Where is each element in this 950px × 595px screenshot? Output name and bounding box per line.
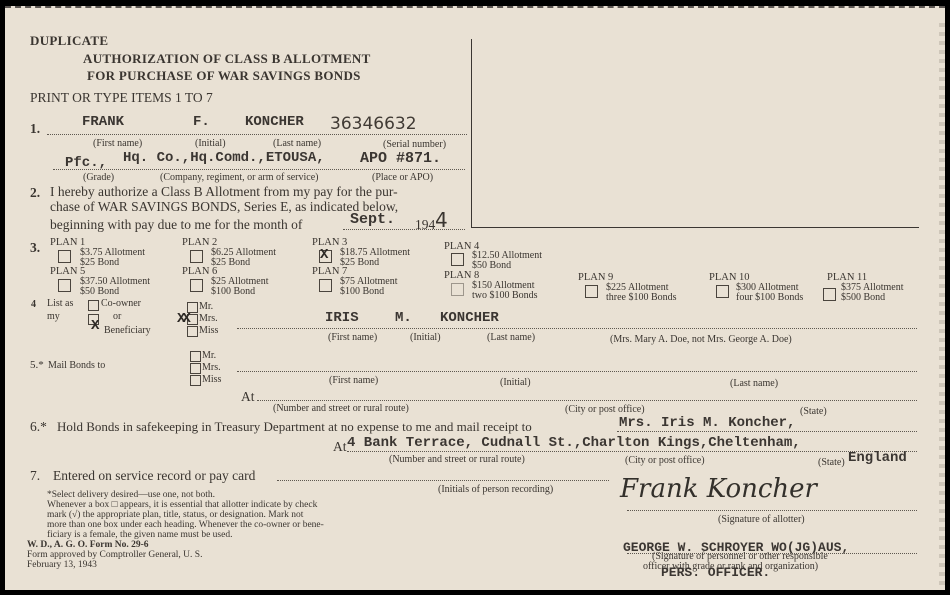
or-label: or xyxy=(113,311,121,322)
label-org: (Company, regiment, or arm of service) xyxy=(160,172,318,183)
item1-name-line xyxy=(47,134,467,135)
beneficiary-x-mark: X xyxy=(91,318,99,334)
footnote-line4: more than one box under each heading. Wh… xyxy=(47,520,324,531)
form-title-line2: FOR PURCHASE OF WAR SAVINGS BONDS xyxy=(87,68,361,84)
item1-number: 1. xyxy=(30,121,40,137)
ben-mr-checkbox[interactable] xyxy=(187,302,198,313)
item5-label-state: (State) xyxy=(800,406,827,417)
plan10-checkbox[interactable] xyxy=(716,285,729,298)
item7-number: 7. xyxy=(30,468,40,484)
label-serial: (Serial number) xyxy=(383,139,446,150)
organization-value[interactable]: Hq. Co.,Hq.Comd.,ETOUSA, xyxy=(123,150,325,166)
item6-label-city: (City or post office) xyxy=(625,455,705,466)
form-date: February 13, 1943 xyxy=(27,560,97,571)
plan7-checkbox[interactable] xyxy=(319,279,332,292)
footnote-line2: Whenever a box □ appears, it is essentia… xyxy=(47,500,317,511)
item4-label-last: (Last name) xyxy=(487,332,535,343)
plan8-bond: two $100 Bonds xyxy=(472,291,538,301)
item5-at: At xyxy=(241,389,255,405)
label-place: (Place or APO) xyxy=(372,172,433,183)
mail-miss-checkbox[interactable] xyxy=(190,375,201,386)
label-grade: (Grade) xyxy=(83,172,114,183)
ben-mrs-checkbox[interactable] xyxy=(187,314,198,325)
year-suffix[interactable]: 4 xyxy=(435,208,448,232)
year-prefix: 194 xyxy=(415,217,435,233)
allotter-signature-line xyxy=(627,510,917,511)
officer-typed-title[interactable]: PERS. OFFICER. xyxy=(661,565,770,580)
item4-label-example: (Mrs. Mary A. Doe, not Mrs. George A. Do… xyxy=(610,334,792,345)
item5-label-last: (Last name) xyxy=(730,378,778,389)
plan9-bond: three $100 Bonds xyxy=(606,293,677,303)
ben-mrs-x-mark: XX xyxy=(177,311,188,327)
plan5-bond: $50 Bond xyxy=(80,287,119,297)
receipt-state[interactable]: England xyxy=(848,450,907,466)
plan5-checkbox[interactable] xyxy=(58,279,71,292)
item4-name-line xyxy=(237,328,917,329)
allotter-signature[interactable]: Frank Koncher xyxy=(620,474,817,504)
item5-number: 5.* xyxy=(30,359,44,371)
ben-miss-checkbox[interactable] xyxy=(187,326,198,337)
item5-address-line[interactable] xyxy=(257,400,917,401)
plan2-checkbox[interactable] xyxy=(190,250,203,263)
beneficiary-first-name[interactable]: IRIS xyxy=(325,310,359,326)
mail-mrs-label: Mrs. xyxy=(202,362,221,373)
plan4-checkbox[interactable] xyxy=(451,253,464,266)
label-first-name: (First name) xyxy=(93,138,142,149)
item4-number: 4 xyxy=(31,299,36,310)
place-value[interactable]: APO #871. xyxy=(360,150,441,167)
plan1-bond: $25 Bond xyxy=(80,258,119,268)
item6-address-line xyxy=(347,451,917,452)
ben-miss-label: Miss xyxy=(199,325,218,336)
item6-at: At xyxy=(333,439,347,455)
item4-my: my xyxy=(47,311,60,322)
ben-mr-label: Mr. xyxy=(199,301,213,312)
co-owner-checkbox[interactable] xyxy=(88,300,99,311)
item6-label-state: (State) xyxy=(818,457,845,468)
plan7-bond: $100 Bond xyxy=(340,287,384,297)
item2-line3: beginning with pay due to me for the mon… xyxy=(50,217,302,233)
item5-label-street: (Number and street or rural route) xyxy=(273,403,409,414)
form-number: W. D., A. G. O. Form No. 29-6 xyxy=(27,540,149,551)
item7-text: Entered on service record or pay card xyxy=(53,468,255,484)
item6-text: Hold Bonds in safekeeping in Treasury De… xyxy=(57,419,532,435)
item6-recipient-line xyxy=(617,431,917,432)
item6-label-street: (Number and street or rural route) xyxy=(389,454,525,465)
item2-line2: chase of WAR SAVINGS BONDS, Series E, as… xyxy=(50,199,398,215)
item4-label-initial: (Initial) xyxy=(410,332,441,343)
item2-number: 2. xyxy=(30,185,40,201)
mail-miss-label: Miss xyxy=(202,374,221,385)
item5-label: Mail Bonds to xyxy=(48,360,105,371)
plan8-checkbox[interactable] xyxy=(451,283,464,296)
mail-mr-checkbox[interactable] xyxy=(190,351,201,362)
plan9-checkbox[interactable] xyxy=(585,285,598,298)
co-owner-label: Co-owner xyxy=(101,298,141,309)
grade-value[interactable]: Pfc., xyxy=(65,155,107,171)
plan11-checkbox[interactable] xyxy=(823,288,836,301)
copy-type: DUPLICATE xyxy=(30,33,108,49)
form-approved: Form approved by Comptroller General, U.… xyxy=(27,550,202,561)
receipt-recipient[interactable]: Mrs. Iris M. Koncher, xyxy=(619,415,795,431)
instruction: PRINT OR TYPE ITEMS 1 TO 7 xyxy=(30,90,213,106)
item2-line1: I hereby authorize a Class B Allotment f… xyxy=(50,184,398,200)
allotter-first-name[interactable]: FRANK xyxy=(82,114,124,130)
perforated-edge xyxy=(939,23,945,588)
item5-name-line[interactable] xyxy=(237,371,917,372)
plan3-x-mark: X xyxy=(320,247,328,263)
receipt-address[interactable]: 4 Bank Terrace, Cudnall St.,Charlton Kin… xyxy=(347,435,801,451)
footnote-line1: *Select delivery desired—use one, not bo… xyxy=(47,490,215,501)
item3-number: 3. xyxy=(30,240,40,256)
allotter-initial[interactable]: F. xyxy=(193,114,210,130)
mail-mrs-checkbox[interactable] xyxy=(190,363,201,374)
serial-number[interactable]: 36346632 xyxy=(330,114,417,134)
beneficiary-label: Beneficiary xyxy=(104,325,151,336)
blank-stamp-area xyxy=(471,39,919,228)
item7-initials-line[interactable] xyxy=(277,480,609,481)
label-last-name: (Last name) xyxy=(273,138,321,149)
plan1-checkbox[interactable] xyxy=(58,250,71,263)
allotter-signature-label: (Signature of allotter) xyxy=(718,514,805,525)
item5-label-initial: (Initial) xyxy=(500,377,531,388)
item6-number: 6.* xyxy=(30,419,47,435)
item4-list-as: List as xyxy=(47,298,73,309)
label-initial: (Initial) xyxy=(195,138,226,149)
footnote-line5: ficiary is a female, the given name must… xyxy=(47,530,232,541)
item1-org-line xyxy=(53,169,465,170)
allotment-form: DUPLICATE AUTHORIZATION OF CLASS B ALLOT… xyxy=(5,6,945,590)
plan10-bond: four $100 Bonds xyxy=(736,293,803,303)
mail-mr-label: Mr. xyxy=(202,350,216,361)
allotter-last-name[interactable]: KONCHER xyxy=(245,114,304,130)
form-title-line1: AUTHORIZATION OF CLASS B ALLOTMENT xyxy=(83,51,371,67)
start-month[interactable]: Sept. xyxy=(350,211,395,228)
plan6-bond: $100 Bond xyxy=(211,287,255,297)
item4-label-first: (First name) xyxy=(328,332,377,343)
beneficiary-initial[interactable]: M. xyxy=(395,310,412,326)
plan11-bond: $500 Bond xyxy=(841,293,885,303)
item5-label-first: (First name) xyxy=(329,375,378,386)
item7-initials-label: (Initials of person recording) xyxy=(438,484,553,495)
item5-label-city: (City or post office) xyxy=(565,404,645,415)
ben-mrs-label: Mrs. xyxy=(199,313,218,324)
plan6-checkbox[interactable] xyxy=(190,279,203,292)
footnote-line3: mark (√) the appropriate plan, title, st… xyxy=(47,510,303,521)
beneficiary-last-name[interactable]: KONCHER xyxy=(440,310,499,326)
